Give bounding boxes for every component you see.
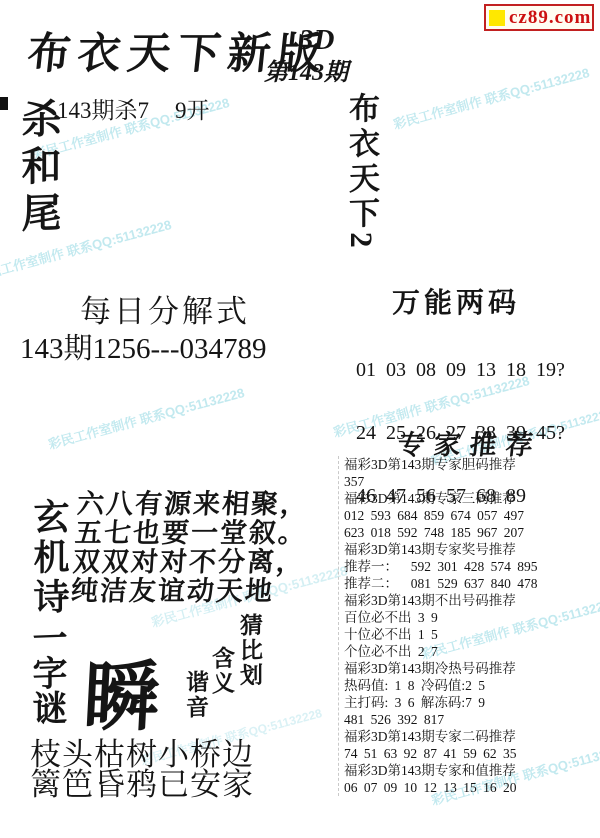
- yellow-square-icon: [489, 10, 505, 26]
- expert-line: 福彩3D第143期专家和值推荐: [344, 762, 596, 779]
- daily-decompose-formula: 143期1256---034789: [20, 326, 266, 367]
- expert-recommend-list: 福彩3D第143期专家胆码推荐 357 福彩3D第143期专家三码推荐 012 …: [338, 456, 596, 796]
- expert-line: 十位必不出 1 5: [344, 626, 596, 643]
- tip-sheet-page: 彩民工作室制作 联系QQ:51132228 彩民工作室制作 联系QQ:51132…: [0, 0, 600, 838]
- poem-line: 双双对对不分离，: [72, 548, 306, 577]
- expert-line: 主打码: 3 6 解冻码:7 9: [344, 694, 596, 711]
- expert-line: 福彩3D第143期不出号码推荐: [344, 592, 596, 609]
- two-codes-title: 万能两码: [392, 281, 520, 321]
- bottom-verse-line: 篱笆昏鸦已安家: [30, 770, 254, 800]
- issue-label: 第143期: [264, 52, 348, 87]
- expert-line: 福彩3D第143期专家三码推荐: [344, 490, 596, 507]
- site-badge[interactable]: cz89.com: [484, 4, 594, 31]
- kill-number-text: 143期杀7: [57, 98, 149, 123]
- kill-tail-vertical-label: 杀和尾: [10, 97, 67, 240]
- expert-line: 个位必不出 2 7: [344, 643, 596, 660]
- expert-line: 74 51 63 92 87 41 59 62 35: [344, 745, 596, 762]
- expert-line: 推荐一： 592 301 428 574 895: [344, 558, 596, 575]
- riddle-character: 瞬: [81, 636, 163, 745]
- site-badge-label[interactable]: cz89.com: [509, 8, 591, 27]
- poem-line: 六八有源来相聚，: [76, 490, 310, 519]
- expert-line: 06 07 09 10 12 13 15 16 20: [344, 779, 596, 796]
- expert-line: 福彩3D第143期冷热号码推荐: [344, 660, 596, 677]
- watermark: 彩民工作室制作 联系QQ:51132228: [46, 382, 246, 453]
- expert-line: 福彩3D第143期专家二码推荐: [344, 728, 596, 745]
- daily-decompose-title: 每日分解式: [80, 286, 250, 331]
- mystery-poem: 六八有源来相聚， 五七也要一堂叙。 双双对对不分离， 纯洁友谊动天地: [70, 490, 310, 606]
- bottom-verse: 枝头枯树小桥边 篱笆昏鸦已安家: [30, 740, 254, 800]
- expert-line: 623 018 592 748 185 967 207: [344, 524, 596, 541]
- expert-line: 福彩3D第143期专家奖号推荐: [344, 541, 596, 558]
- poem-line: 五七也要一堂叙。: [74, 519, 308, 548]
- expert-line: 357: [344, 473, 596, 490]
- riddle-hint-homophone: 谐音: [179, 669, 212, 721]
- two-codes-row: 01 03 08 09 13 18 19?: [356, 360, 565, 381]
- open-number-text: 9开: [175, 98, 210, 123]
- expert-line: 012 593 684 859 674 057 497: [344, 507, 596, 524]
- scan-artifact: [0, 97, 8, 110]
- watermark: 彩民工作室制作 联系QQ:51132228: [391, 62, 591, 133]
- expert-line: 推荐二： 081 529 637 840 478: [344, 575, 596, 592]
- expert-line: 百位必不出 3 9: [344, 609, 596, 626]
- poem-line: 纯洁友谊动天地: [70, 577, 304, 606]
- bottom-verse-line: 枝头枯树小桥边: [30, 740, 254, 770]
- expert-line: 福彩3D第143期专家胆码推荐: [344, 456, 596, 473]
- mystery-poem-vertical-label: 玄机诗: [24, 497, 75, 619]
- expert-line: 481 526 392 817: [344, 711, 596, 728]
- brand-vertical-label: 布衣天下2: [339, 91, 384, 252]
- kill-line: 143期杀79开: [57, 92, 210, 125]
- one-char-riddle-vertical-label: 一字谜: [22, 619, 72, 726]
- expert-line: 热码值: 1 8 冷码值:2 5: [344, 677, 596, 694]
